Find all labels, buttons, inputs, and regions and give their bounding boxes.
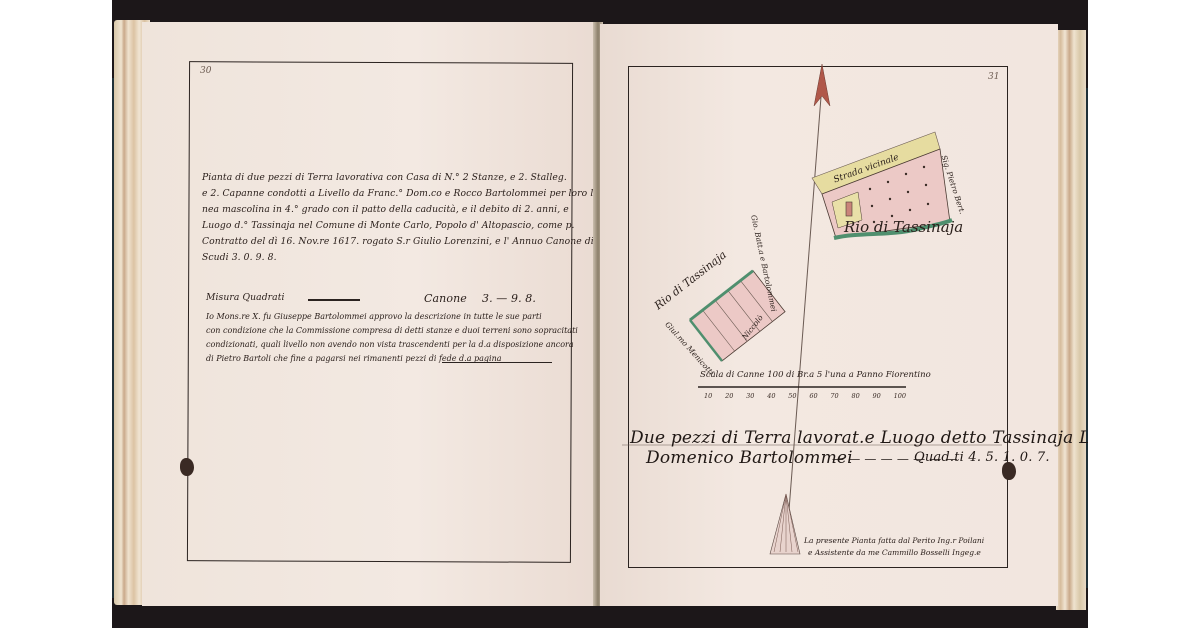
note-line: Io Mons.re X. fu Giuseppe Bartolommei ap…	[206, 312, 542, 321]
house	[846, 202, 852, 216]
scale-tick: 40	[767, 392, 775, 400]
right-page: 31	[600, 24, 1058, 606]
scale-label: Scala di Canne 100 di Br.a 5 l'una a Pan…	[700, 370, 931, 380]
scale-tick: 60	[809, 392, 817, 400]
description-line: nea mascolina in 4.° grado con il patto …	[202, 204, 569, 215]
ink-blot	[180, 458, 194, 476]
compass-feather-icon	[770, 494, 800, 554]
scale-tick: 80	[851, 392, 859, 400]
scale-tick: 70	[830, 392, 838, 400]
river-label-upper: Rio di Tassinaja	[844, 218, 963, 236]
plan-area: Quad.ti 4. 5. 1. 0. 7.	[914, 450, 1050, 465]
note-line: con condizione che la Commissione compre…	[206, 326, 578, 335]
signature-line: La presente Pianta fatta dal Perito Ing.…	[804, 536, 984, 545]
manuscript-photo: 30 Pianta di due pezzi di Terra lavorati…	[112, 0, 1088, 628]
plan-title-line-1: Due pezzi di Terra lavorat.e Luogo detto…	[630, 428, 1088, 448]
plan-owner-name: Domenico Bartolommei	[646, 448, 853, 468]
scale-tick: 30	[746, 392, 754, 400]
description-line: e 2. Capanne condotti a Livello da Franc…	[202, 188, 600, 199]
note-line: condizionati, quali livello non avendo n…	[206, 340, 574, 349]
scale-tick: 50	[788, 392, 796, 400]
scale-tick: 20	[725, 392, 733, 400]
note-underline	[442, 362, 552, 363]
ink-blot	[1002, 462, 1016, 480]
description-line: Contratto del dì 16. Nov.re 1617. rogato…	[202, 236, 594, 247]
description-line: Pianta di due pezzi di Terra lavorativa …	[202, 172, 567, 183]
scale-ticks: 10 20 30 40 50 60 70 80 90 100	[704, 392, 906, 400]
description-line: Luogo d.° Tassinaja nel Comune di Monte …	[202, 220, 575, 231]
canone-value: 3. — 9. 8.	[482, 292, 536, 305]
scale-tick: 90	[873, 392, 881, 400]
measure-label: Misura Quadrati	[206, 292, 285, 303]
page-stack-right	[1056, 30, 1086, 610]
description-line: Scudi 3. 0. 9. 8.	[202, 252, 277, 263]
canone-label: Canone	[424, 292, 467, 305]
left-page: 30 Pianta di due pezzi di Terra lavorati…	[142, 22, 598, 606]
signature-line: e Assistente da me Cammillo Bosselli Ing…	[808, 548, 981, 557]
cadastral-map	[600, 24, 1058, 606]
struck-out-value	[308, 299, 360, 301]
left-page-number: 30	[200, 66, 211, 76]
scale-tick: 10	[704, 392, 712, 400]
scale-tick: 100	[894, 392, 906, 400]
north-arrow-icon	[814, 64, 830, 106]
